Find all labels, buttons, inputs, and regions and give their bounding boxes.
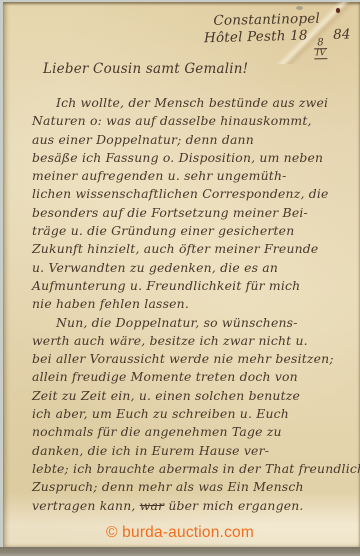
handwritten-line: aus einer Doppelnatur; denn dann — [32, 131, 360, 149]
date-fraction: 8IV — [314, 38, 327, 59]
handwritten-line: lebte; ich brauchte abermals in der That… — [32, 460, 360, 478]
handwritten-line-last: vertragen kann, war über mich ergangen. — [32, 497, 360, 515]
hotel-and-year-prefix: Hôtel Pesth 18 — [204, 28, 308, 47]
handwritten-line: lichen wissenschaftlichen Correspondenz,… — [32, 185, 360, 203]
handwritten-line: besonders auf die Fortsetzung meiner Bei… — [32, 204, 360, 222]
handwritten-line: Zukunft hinzielt, auch öfter meiner Freu… — [32, 240, 360, 258]
paper-edge-shadow — [0, 547, 360, 556]
handwritten-line: u. Verwandten zu gedenken, die es an — [32, 259, 360, 277]
letter-body: Ich wollte, der Mensch bestünde aus zwei… — [32, 94, 360, 515]
watermark-text: © burda-auction.com — [0, 524, 360, 542]
handwritten-line: nochmals für die angenehmen Tage zu — [32, 423, 360, 441]
struck-word: war — [140, 498, 165, 513]
date-day: 8 — [317, 38, 324, 48]
handwritten-line: Aufmunterung u. Freundlichkeit für mich — [32, 277, 360, 295]
handwritten-line: danken, die ich in Eurem Hause ver- — [32, 442, 360, 460]
handwritten-line: ich aber, um Euch zu schreiben u. Euch — [32, 405, 360, 423]
letter-paper: Constantinopel Hôtel Pesth 18 8IV 84 Lie… — [3, 2, 360, 547]
handwritten-line: nie haben fehlen lassen. — [32, 295, 360, 313]
last-line-pre: vertragen kann, — [32, 498, 140, 513]
handwritten-line: meiner aufregenden u. sehr ungemüth- — [32, 167, 360, 185]
auction-photo: Constantinopel Hôtel Pesth 18 8IV 84 Lie… — [0, 0, 360, 556]
handwritten-line: Zuspruch; denn mehr als was Ein Mensch — [32, 478, 360, 496]
date-month-roman: IV — [315, 48, 328, 59]
handwritten-line: Nun, die Doppelnatur, so wünschens- — [32, 314, 360, 332]
handwritten-line: bei aller Voraussicht werde nie mehr bes… — [32, 350, 360, 368]
handwritten-line: allein freudige Momente treten doch von — [32, 368, 360, 386]
handwritten-line: besäße ich Fassung o. Disposition, um ne… — [32, 149, 360, 167]
handwritten-line: träge u. die Gründung einer gesicherten — [32, 222, 360, 240]
ink-dot — [336, 8, 340, 13]
year-suffix: 84 — [333, 26, 351, 42]
paper-smudge — [296, 6, 303, 10]
handwritten-line: Naturen o: was auf dasselbe hinauskommt, — [32, 112, 360, 130]
salutation: Lieber Cousin samt Gemalin! — [43, 61, 248, 77]
last-line-post: über mich ergangen. — [164, 498, 303, 513]
handwritten-line: Zeit zu Zeit ein, u. einen solchen benut… — [32, 387, 360, 405]
handwritten-line: Ich wollte, der Mensch bestünde aus zwei — [32, 94, 360, 112]
handwritten-line: werth auch wäre, besitze ich zwar nicht … — [32, 332, 360, 350]
